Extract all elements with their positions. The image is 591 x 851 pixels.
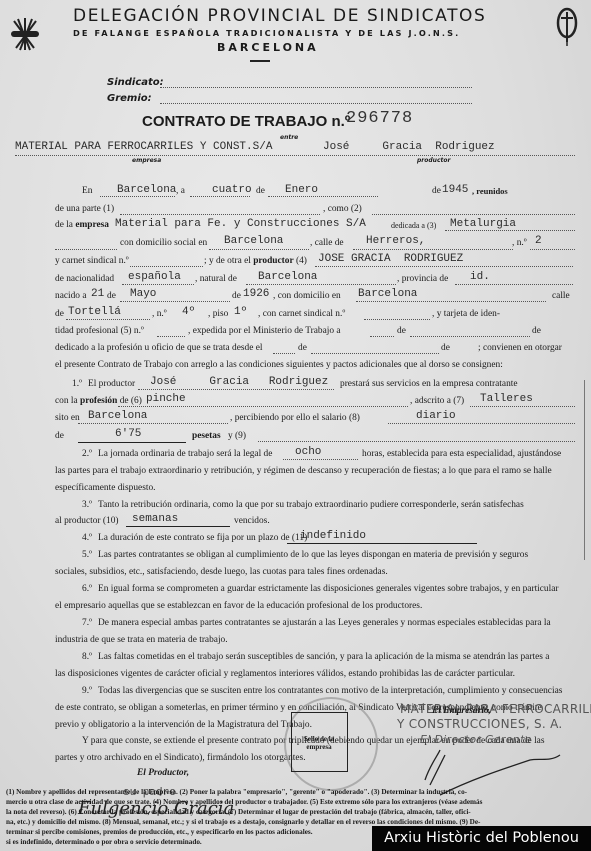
c3-periodo-underline [126,526,230,527]
c3-label: al productor (10) [55,516,119,526]
row6-prov-line [455,284,573,285]
row7-domicilio: Barcelona [358,288,417,300]
c4-text: La duración de este contrato se fija por… [98,533,307,543]
row5-prod-b: productor [253,256,293,266]
footnote-line3: la nota del reverso). (6) Concretar la p… [6,808,471,816]
row3-label-b: empresa [75,220,109,230]
row9-a: tidad profesional (5) n.º [55,326,144,336]
company-stamp-line1: MATERIAL PARA FERROCARRILES [400,702,591,716]
c2-horas-line [283,459,358,460]
gremio-label: Gremio: [107,93,152,104]
gremio-field[interactable] [160,103,472,104]
row6-nac-line [122,284,194,285]
c5-line2: sociales, subsidios, etc., satisfaciendo… [55,567,388,577]
empresa-caption: empresa [132,157,161,164]
footnote-line5: terminar si percibe comisiones, premios … [6,828,313,836]
company-stamp-line2: Y CONSTRUCCIONES, S. A. [397,717,563,731]
row8-de: de [55,309,64,319]
row10-a: dedicado a la profesión u oficio de que … [55,343,262,353]
row1-tail: , reunidos [472,186,508,196]
row1-anio: 1945 [442,184,468,196]
c1-prod-line [138,389,334,390]
row3-line [445,230,575,231]
row4-n: 2 [535,235,542,247]
row10-line1 [273,353,295,354]
paper-fold-mark [584,380,585,560]
c3-line1: Tanto la retribución ordinaria, como la … [98,500,524,510]
row1-dia-line [190,196,250,197]
c8-line2: las disposiciones vigentes de carácter o… [55,669,515,679]
row4-calle: Herreros, [366,235,425,247]
row6-provincia: id. [470,271,490,283]
row4-domicilio: Barcelona [224,235,283,247]
row9-line2 [370,336,394,337]
row4-calle-label: , calle de [310,238,344,248]
c6-num: 6.º [82,584,92,594]
row9-b: , expedida por el Ministerio de Trabajo … [188,326,341,336]
empresario-sign-label: El Empresario, [432,706,491,716]
c1-y9: y (9) [228,431,246,441]
row8-n-label: , n.º [152,309,167,319]
c2-line3: específicamente dispuesto. [55,483,155,493]
row1-mes: Enero [285,184,318,196]
row8-calle: Tortellá [68,306,121,318]
c5-num: 5.º [82,550,92,560]
shield-emblem-icon [556,6,578,48]
row3-dedicada: dedicada a (3) [391,221,436,230]
row7-nacido-label: nacido a [55,291,87,301]
c7-line1: De manera especial ambas partes contrata… [98,618,551,628]
row9-d: de [532,326,541,336]
row1-lugar: Barcelona [117,184,176,196]
c1-salario-line [388,423,575,424]
row4-dom-label: con domicilio social en [120,238,207,248]
row5-carnet-label: y carnet sindical n.º [55,256,129,266]
c1-label: El productor [88,379,135,389]
c1-pesetas: pesetas [192,431,221,441]
row9-line1 [157,336,185,337]
row7-mes: Mayo [130,288,156,300]
empresa-value: MATERIAL PARA FERROCARRILES Y CONST.S/A [15,141,272,153]
footnote-line4: na, etc.) y domicilio del mismo. (8) Men… [6,818,480,826]
row10-b: de [298,343,307,353]
c8-num: 8.º [82,652,92,662]
c1-prof-line [118,406,408,407]
c1-prof-a: con la [55,396,80,406]
row5-line [315,266,573,267]
row7-calle-label: calle [552,291,570,301]
row7-anio: 1926 [243,288,269,300]
c4-num: 4.º [82,533,92,543]
row8-carnet-line [364,319,430,320]
contract-document: DELEGACIÓN PROVINCIAL DE SINDICATOS DE F… [0,0,591,851]
row7-dom-line [356,301,546,302]
row6-natural: Barcelona [258,271,317,283]
contract-number: 296778 [346,109,413,128]
productor-value: José Gracia Rodriguez [323,141,495,153]
row7-de2: de [232,291,241,301]
row8-tarjeta-label: , y tarjeta de iden- [432,309,500,319]
row6-prov-label: , provincia de [397,274,448,284]
c7-num: 7.º [82,618,92,628]
row1-de2: de [432,186,441,196]
row4-calle-line [353,249,513,250]
row7-dom-label: , con domicilio en [273,291,341,301]
footnote-line2: mercio u otra clase de actividad de que … [6,798,482,806]
row2-como-line [372,214,575,215]
c5-line1: Las partes contratantes se obligan al cu… [98,550,528,560]
row1-mes-line [268,196,378,197]
row1-de1: de [256,186,265,196]
row11: el presente Contrato de Trabajo con arre… [55,360,503,370]
page-title: CONTRATO DE TRABAJO n.º [142,113,350,130]
c4-plazo: indefinido [300,530,366,542]
c1-sito-label: sito en [55,413,80,423]
header-subtitle: DE FALANGE ESPAÑOLA TRADICIONALISTA Y DE… [73,28,460,38]
c8-line1: Las faltas cometidas en el trabajo serán… [98,652,549,662]
c1-prof-b: profesión [80,396,117,406]
c1-profesion: pinche [146,393,186,405]
c1-text: prestará sus servicios en la empresa con… [340,379,518,389]
row6-nac-label: de nacionalidad [55,274,114,284]
row10-c: de [441,343,450,353]
row3-industria: Metalurgia [450,218,516,230]
sindicato-field[interactable] [160,87,472,88]
c1-num: 1.º [72,379,82,389]
c6-line2: el empresario aquellas que se establezca… [55,601,422,611]
row5-prod-label: ; y de otra el productor (4) [204,256,307,266]
c2-horas: ocho [295,446,321,458]
c1-productor: José Gracia Rodriguez [150,376,328,388]
c1-adscrito-label: , adscrito a (7) [410,396,464,406]
c1-salario-label: , percibiendo por ello el salario (8) [230,413,360,423]
c7-line2: industria de que se trata en materia de … [55,635,228,645]
row5-carnet-line [130,266,203,267]
row1-dia: cuatro [212,184,252,196]
row3-label: de la empresa [55,220,109,230]
row3-label-a: de la [55,220,75,230]
row7-dia: 21 [91,288,104,300]
row6-natural-line [246,284,396,285]
c1-adscrito-line [470,406,575,407]
c3-num: 3.º [82,500,92,510]
entre-label: entre [280,134,298,141]
c1-y9-line [258,441,575,442]
archive-watermark: Arxiu Històric del Poblenou [372,826,591,851]
c1-prof-label: con la profesión de (6) [55,396,142,406]
row5-productor: JOSE GRACIA RODRIGUEZ [318,253,463,265]
row1-lugar-line [100,196,175,197]
closing-line2: partes y otro archivado en el Sindicato)… [55,753,306,763]
row6-nacionalidad: española [128,271,181,283]
yoke-and-arrows-icon [8,14,42,54]
row10-line2 [311,353,439,354]
row3-empresa: Material para Fe. y Construcciones S/A [115,218,366,230]
footnote-line6: si es indefinido, determinado o por obra… [6,838,202,846]
sindicato-label: Sindicato: [107,77,164,88]
row5-prod-c: (4) [294,256,307,266]
c2-line2: las partes para el trabajo extraordinari… [55,466,552,476]
row7-mes-line [120,301,230,302]
row2-label: de una parte (1) [55,204,114,214]
c1-salario: diario [416,410,456,422]
c6-line1: En igual forma se comprometen a guardar … [98,584,559,594]
c4-plazo-underline [287,543,477,544]
header-divider [250,60,270,62]
header-title: DELEGACIÓN PROVINCIAL DE SINDICATOS [73,6,486,26]
row4-line0 [55,249,117,250]
c1-prof-c: de (6) [117,396,141,406]
c1-adscrito: Talleres [480,393,533,405]
footnote-line1: (1) Nombre y apellidos del representante… [6,788,467,796]
c1-importe-underline [78,442,186,443]
row4-n-label: , n.º [512,238,527,248]
row4-n-line [530,249,575,250]
row9-c: de [397,326,406,336]
row6-natural-label: , natural de [195,274,237,284]
header-city: BARCELONA [217,41,319,54]
row2-line [120,214,320,215]
row2-como: , como (2) [323,204,362,214]
productor-sign-label: El Productor, [137,768,189,778]
company-seal-label: Sello de la empresa [293,735,345,751]
c1-de: de [55,431,64,441]
row8-carnet-label: , con carnet sindical n.º [258,309,345,319]
c9-line3: previo y obligatorio a la intervención d… [55,720,312,730]
c1-sito-line [78,423,228,424]
productor-caption: productor [417,157,450,164]
c2-num: 2.º [82,449,92,459]
row7-de1: de [107,291,116,301]
parties-line [15,155,575,156]
row8-piso-label: , piso [208,309,228,319]
c2-text-b: horas, establecida para esta especialida… [362,449,561,459]
row10-d: ; convienen en otorgar [478,343,562,353]
c2-text-a: La jornada ordinaria de trabajo será la … [98,449,272,459]
row8-piso: 1º [234,306,247,318]
row1-a: , a [176,186,185,196]
row8-calle-line [66,319,150,320]
c1-importe: 6'75 [115,428,141,440]
c3-periodo: semanas [132,513,178,525]
c3-tail: vencidos. [234,516,270,526]
row9-line3 [410,336,530,337]
c9-line1: Todas las divergencias que se susciten e… [98,686,562,696]
row8-n: 4º [182,306,195,318]
row1-en: En [82,186,92,196]
row4-dom-line [209,249,309,250]
c9-num: 9.º [82,686,92,696]
c1-sito: Barcelona [88,410,147,422]
row5-prod-a: ; y de otra el [204,256,253,266]
